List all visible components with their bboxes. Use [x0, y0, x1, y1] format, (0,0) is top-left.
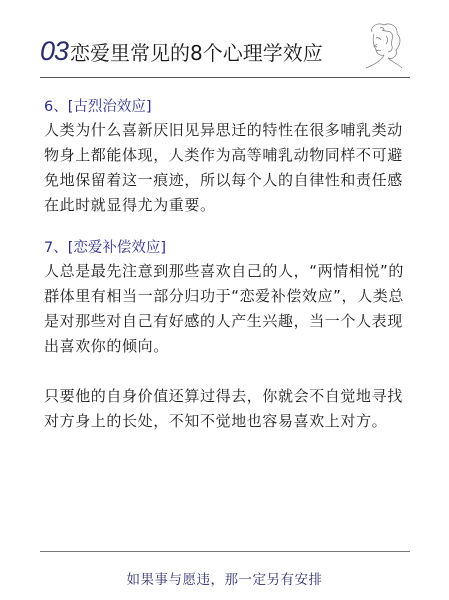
section-heading: 7、[恋爱补偿效应]	[44, 237, 414, 259]
section-paragraph: 人类为什么喜新厌旧见异思迁的特性在很多哺乳类动物身上都能体现，人类作为高等哺乳动…	[44, 118, 414, 218]
section-paragraph: 人总是最先注意到那些喜欢自己的人，“两情相悦”的群体里有相当一部分归功于“恋爱补…	[44, 259, 414, 359]
header-divider	[40, 77, 410, 78]
footer-divider	[40, 551, 410, 552]
section-paragraph: 只要他的自身价值还算过得去，你就会不自觉地寻找对方身上的长处，不知不觉地也容易喜…	[44, 384, 414, 434]
page-title: 恋爱里常见的8个心理学效应	[70, 37, 323, 66]
section-6: 6、[古烈治效应] 人类为什么喜新厌旧见异思迁的特性在很多哺乳类动物身上都能体现…	[44, 96, 414, 218]
section-heading: 6、[古烈治效应]	[44, 96, 414, 118]
section-number: 03	[40, 36, 68, 67]
section-7: 7、[恋爱补偿效应] 人总是最先注意到那些喜欢自己的人，“两情相悦”的群体里有相…	[44, 237, 414, 434]
line-art-portrait-icon	[362, 22, 404, 72]
footer-quote: 如果事与愿违，那一定另有安排	[0, 568, 449, 588]
page-header: 03 恋爱里常见的8个心理学效应	[40, 36, 323, 70]
